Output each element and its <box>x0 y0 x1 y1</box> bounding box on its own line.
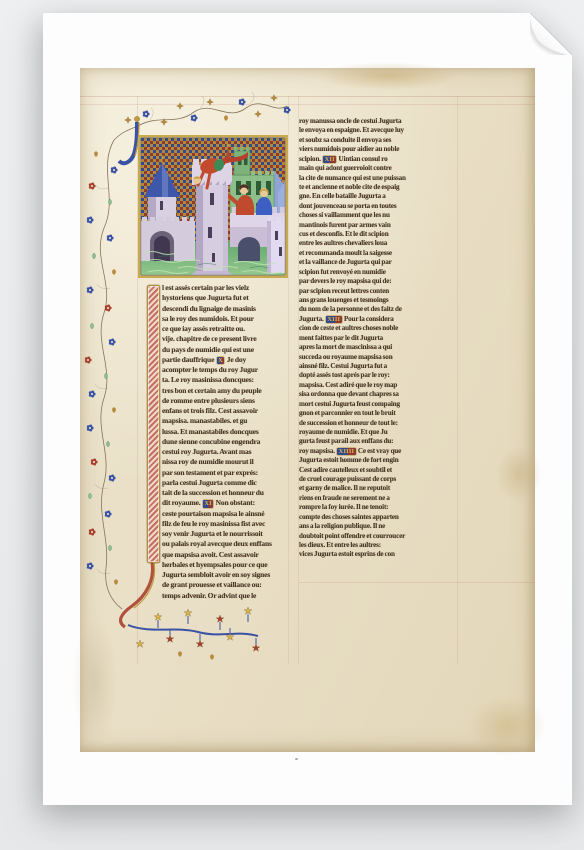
manuscript-text-line: lussa. Et manastabiles doncques <box>162 427 288 437</box>
manuscript-text-line: Jugurta estoit homme de fort engin <box>299 456 456 465</box>
manuscript-text-line: mapsisa. Cest adiré que le roy map <box>299 381 456 390</box>
manuscript-text-line: sa le roy des numidois. Et pour <box>162 314 288 324</box>
manuscript-text-line: apres la mort de mascinissa a qui <box>299 343 456 352</box>
manuscript-text-line: viers numidois pour aidier au noble <box>299 145 456 154</box>
manuscript-text-line: partie dauffrique X Je doy <box>162 355 288 365</box>
manuscript-text-line: succeda ou royaume mapsisa son <box>299 353 456 362</box>
manuscript-text-line: tres bon et certain amy du peuple <box>162 386 288 396</box>
parchment-stain <box>496 446 542 502</box>
manuscript-text-line: du pays de numidie qui est une <box>162 345 288 355</box>
manuscript-text-line: Jugurta sembloit avoir en soy signes <box>162 570 288 580</box>
chapter-numeral: X <box>217 357 225 365</box>
chapter-numeral: XII <box>323 156 336 164</box>
manuscript-text-line: dune sienne concubine engendra <box>162 437 288 447</box>
manuscript-text-line: vije. chapitre de ce present livre <box>162 334 288 344</box>
manuscript-text-line: nissa roy de numidie mourut il <box>162 457 288 467</box>
parchment-stain <box>468 696 546 756</box>
text-column-left: l est assés certain par les vielzhystori… <box>162 283 288 601</box>
manuscript-text-line: gne. En celle bataille Jugurta a <box>299 192 456 201</box>
ruling-line <box>299 582 535 583</box>
manuscript-text-line: cus et desconfis. Et le dit scipion <box>299 230 456 239</box>
text-column-right: roy manussa oncle de cestui Jugurtale en… <box>299 117 456 560</box>
border-corner-bar <box>119 122 137 163</box>
manuscript-text-line: ment faittes par le dit Jugurta <box>299 334 456 343</box>
manuscript-text-line: sisa ordonna que devant chapres sa <box>299 390 456 399</box>
print-paper: l est assés certain par les vielzhystori… <box>43 13 572 805</box>
chapter-numeral: XI <box>203 500 214 508</box>
manuscript-text-line: rompre la foy iurée. Il ne tenoit: <box>299 503 456 512</box>
parchment-stain <box>72 618 118 748</box>
manuscript-text-line: ou palais royal avecque deux enffans <box>162 539 288 549</box>
manuscript-text-line: les dieux. Et entre les aultres: <box>299 541 456 550</box>
manuscript-text-line: filz de feu le roy masinissa fist avec <box>162 519 288 529</box>
manuscript-text-line: roy manussa oncle de cestui Jugurta <box>299 117 456 126</box>
manuscript-text-line: soy venir Jugurta et le nourrissoit <box>162 529 288 539</box>
manuscript-text-line: main qui adont guerroioit contre <box>299 164 456 173</box>
manuscript-leaf: l est assés certain par les vielzhystori… <box>80 68 535 752</box>
manuscript-text-line: de romme entre plusieurs siens <box>162 396 288 406</box>
manuscript-text-line: mort cestui Jugurta feust compaing <box>299 400 456 409</box>
manuscript-text-line: dopté assés tost aprés par le roy: <box>299 371 456 380</box>
manuscript-text-line: gnon et parconnier en tout le bruit <box>299 409 456 418</box>
manuscript-text-line: gurta feust parail aux enffans du: <box>299 437 456 446</box>
manuscript-text-line: parla cestui Jugurta comme dic <box>162 478 288 488</box>
manuscript-text-line: de succession et honneur de tout le: <box>299 419 456 428</box>
bottom-vine-stem <box>128 625 258 636</box>
manuscript-text-line: roy mapsisa. XIIII Ce est vray que <box>299 447 456 456</box>
manuscript-text-line: ce que iay assés retraitte ou. <box>162 324 288 334</box>
chapter-numeral: XIIII <box>337 448 356 456</box>
manuscript-text-line: la cite de numance qui est une puissan <box>299 174 456 183</box>
manuscript-text-line: acompter le temps du roy Jugur <box>162 365 288 375</box>
manuscript-text-line: compte des choses saintes apparten <box>299 513 456 522</box>
manuscript-text-line: cestui roy Jugurta. Avant mas <box>162 447 288 457</box>
miniature-castle-scene <box>138 135 288 278</box>
manuscript-text-line: mantinois furent par armes vain <box>299 221 456 230</box>
manuscript-text-line: ta. Le roy masinissa doncques: <box>162 375 288 385</box>
manuscript-text-line: hystoriens que Jugurta fut et <box>162 293 288 303</box>
manuscript-text-line: entre les aultres chevaliers loua <box>299 239 456 248</box>
manuscript-text-line: par devers le roy mapsisa qui de: <box>299 277 456 286</box>
print-paper-wrap: l est assés certain par les vielzhystori… <box>43 13 572 805</box>
manuscript-text-line: et soubz sa conduite il envoya ses <box>299 136 456 145</box>
manuscript-text-line: du nom de la personne et des faitz de <box>299 305 456 314</box>
manuscript-text-line: te et ancienne et noble cite de espaig <box>299 183 456 192</box>
ruling-line <box>288 96 289 664</box>
manuscript-text-line: par scipion receut lettres conten <box>299 287 456 296</box>
manuscript-text-line: royaume de numidie. Et que Ju <box>299 428 456 437</box>
manuscript-text-line: le envoya en espaigne. Et avecque luy <box>299 126 456 135</box>
paper-speck <box>295 758 298 760</box>
manuscript-text-line: tait de la succession et honneur du <box>162 488 288 498</box>
manuscript-text-line: l est assés certain par les vielz <box>162 283 288 293</box>
manuscript-text-line: dont jouvenceau se porta en toutes <box>299 202 456 211</box>
manuscript-text-line: doubtoit point offendre et courroucer <box>299 532 456 541</box>
manuscript-text-line: et garny de malice. Il ne reputoit <box>299 484 456 493</box>
parchment-stain <box>318 62 458 90</box>
manuscript-text-line: mapsisa. manastabiles. et gu <box>162 416 288 426</box>
ruling-line <box>80 104 535 105</box>
manuscript-text-line: cion de ceste et aultres choses noble <box>299 324 456 333</box>
manuscript-text-line: ainsné filz. Cestui Jugurta fut a <box>299 362 456 371</box>
manuscript-text-line: que mapsisa avoit. Cest assavoir <box>162 550 288 560</box>
ruling-line <box>80 96 535 97</box>
manuscript-text-line: ceste pourtaison mapsisa le ainsné <box>162 509 288 519</box>
manuscript-text-line: de cruel courage puissant de corps <box>299 475 456 484</box>
initial-tail-flourish <box>121 562 153 627</box>
ruling-line <box>457 96 458 664</box>
manuscript-text-line: riens en fraude ne serement ne a <box>299 494 456 503</box>
manuscript-text-line: et la vaillance de Jugurta qui par <box>299 258 456 267</box>
decorated-initial <box>147 285 160 563</box>
manuscript-text-line: descendi du lignaige de masinis <box>162 304 288 314</box>
manuscript-text-line: Jugurta. XIII Pour la considera <box>299 315 456 324</box>
chapter-numeral: XIII <box>326 316 342 324</box>
manuscript-text-line: choses si vaillamment que les nu <box>299 211 456 220</box>
manuscript-text-line: ans a la religion publique. Il ne <box>299 522 456 531</box>
manuscript-text-line: scipion fut renvoyé en numidie <box>299 268 456 277</box>
manuscript-text-line: scipion. XII Uintian consul ro <box>299 155 456 164</box>
manuscript-text-line: vices Jugurta estoit esprins de con <box>299 550 456 559</box>
manuscript-text-line: enfans ot trois filz. Cest assavoir <box>162 406 288 416</box>
manuscript-text-line: dit royaume. XI Non obstant: <box>162 498 288 508</box>
manuscript-text-line: temps advenir. Or advint que le <box>162 591 288 601</box>
manuscript-text-line: de grant prouesse et vaillance ou: <box>162 580 288 590</box>
manuscript-text-line: par son testament et par exprés: <box>162 468 288 478</box>
manuscript-text-line: Cest adire cautelleux et soubtil et <box>299 466 456 475</box>
manuscript-text-line: herbales et hyempsales pour ce que <box>162 560 288 570</box>
print-mockup-background: l est assés certain par les vielzhystori… <box>0 0 584 850</box>
manuscript-text-line: ans grans louenges et tesmoings <box>299 296 456 305</box>
manuscript-text-line: et recommanda moult la saigesse <box>299 249 456 258</box>
